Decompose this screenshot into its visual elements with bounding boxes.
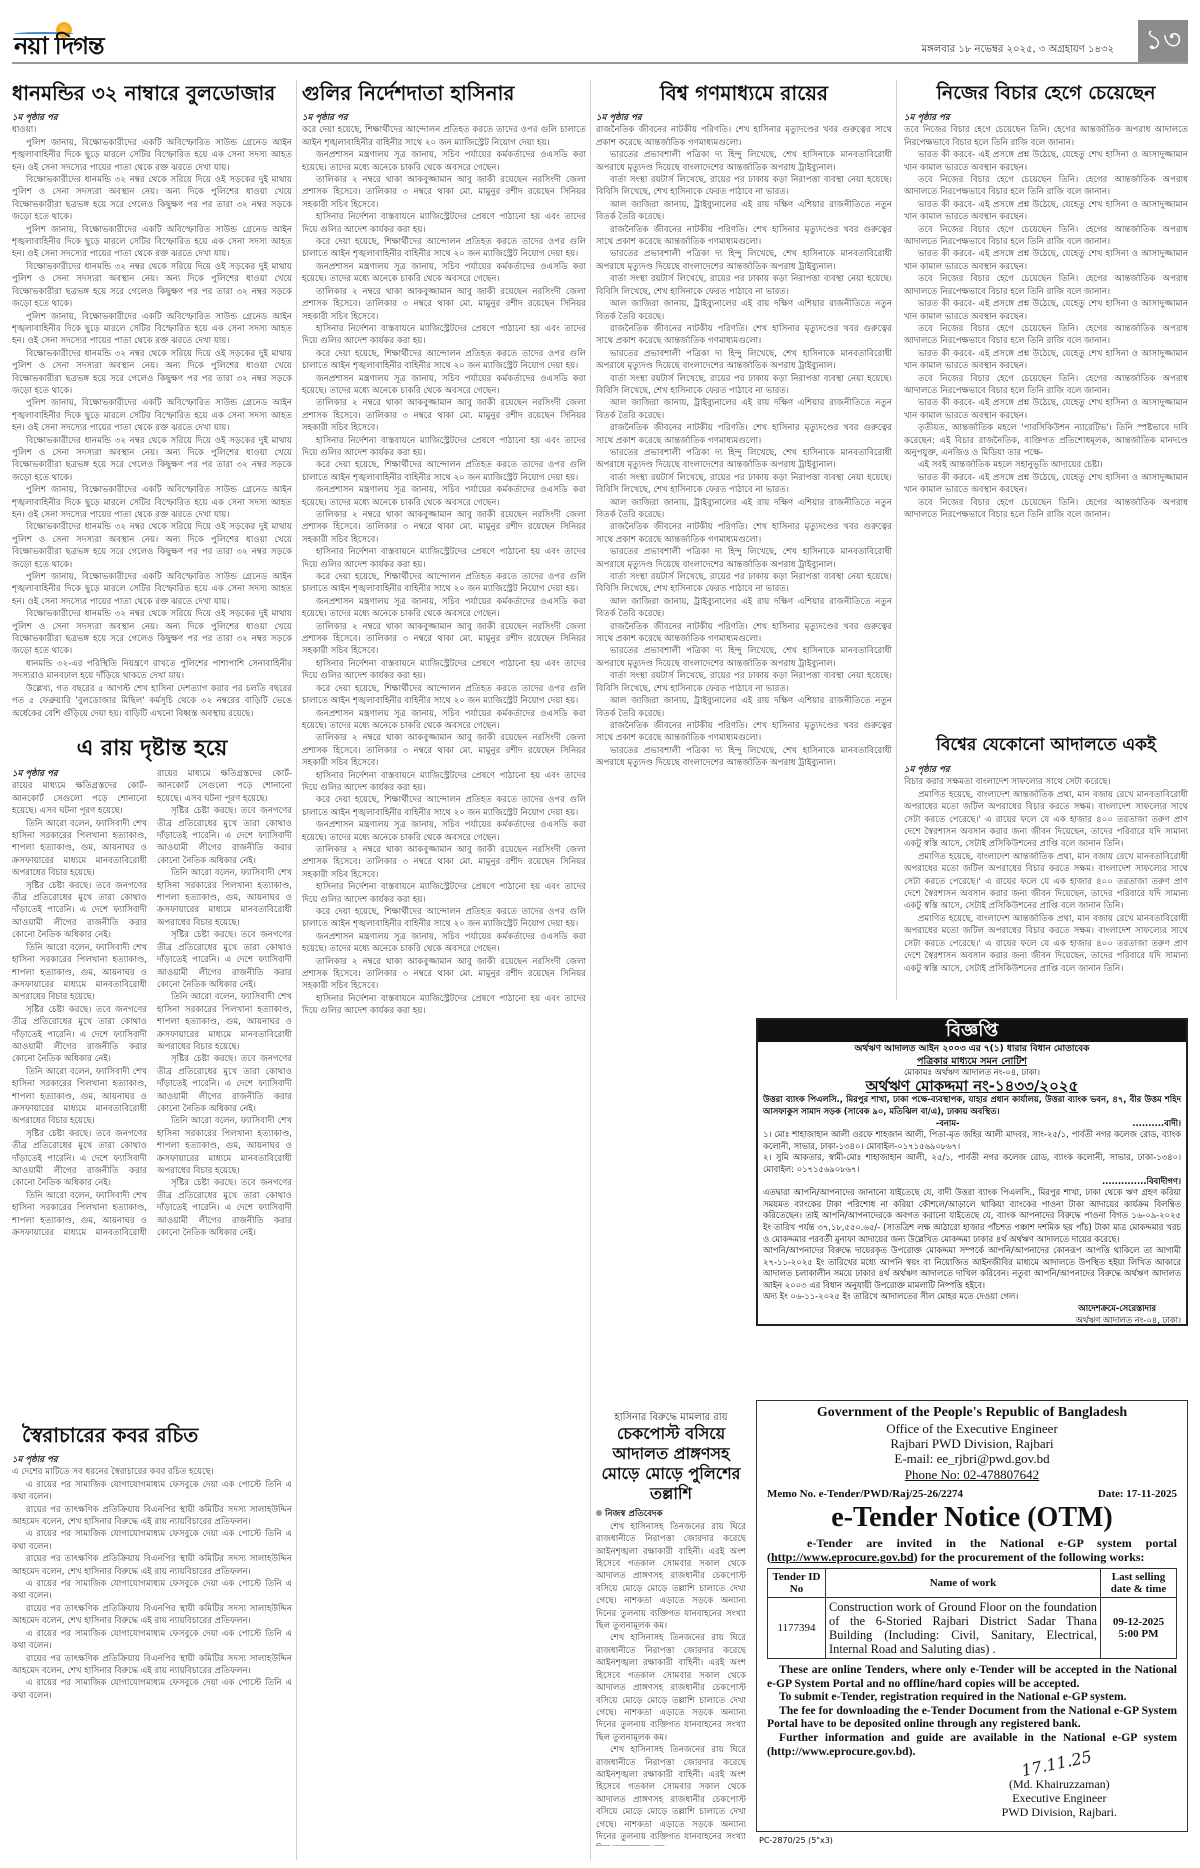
paragraph: সৃষ্টির চেষ্টা করছে। তবে জনগণের তীব্র প্…	[12, 1128, 147, 1190]
paragraph: করে দেয়া হয়েছে, শিক্ষার্থীদের আন্দোলন …	[302, 459, 586, 484]
paragraph: করে দেয়া হয়েছে, শিক্ষার্থীদের আন্দোলন …	[302, 906, 586, 931]
paragraph: হাসিনার নির্দেশনা বাস্তবায়নে ম্যাজিস্ট্…	[302, 993, 586, 1018]
defendant-1: ১। মোঃ শাহাজাহান আলী ওরফে শাহজান আলী, পি…	[758, 1129, 1186, 1152]
paragraph: ভারত কী করবে- এই প্রসঙ্গে প্রশ্ন উঠেছে, …	[904, 149, 1188, 174]
paragraph: বার্তা সংস্থা রয়টার্স লিখেছে, রায়ের পর…	[596, 273, 892, 298]
paragraph: করে দেয়া হয়েছে, শিক্ষার্থীদের আন্দোলন …	[302, 236, 586, 261]
paragraph: তালিকার ২ নম্বরে থাকা আকবুজ্জামান আবু জা…	[302, 286, 586, 323]
plaintiff-tag: ..........বাদী।	[1132, 1118, 1181, 1130]
paragraph: রাজনৈতিক জীবনের নাটকীয় পরিণতি। শেখ হাসি…	[596, 224, 892, 249]
col-header-name-of-work: Name of work	[826, 1569, 1101, 1598]
paragraph: শেখ হাসিনাসহ তিনজনের রায় ঘিরে রাজধানীতে…	[596, 1744, 746, 1846]
pc-code: PC-2870/25 (5"x3)	[759, 1836, 833, 1845]
paragraph: হাসিনার নির্দেশনা বাস্তবায়নে ম্যাজিস্ট্…	[302, 435, 586, 460]
paragraph: ভারতের প্রভাবশালী পত্রিকা দ্য হিন্দু লিখ…	[596, 645, 892, 670]
paragraph: তিনি আরো বলেন, ফ্যাসিবাদী শেখ হাসিনা সরক…	[157, 991, 292, 1053]
headline[interactable]: নিজের বিচার হেগে চেয়েছেন	[904, 80, 1188, 106]
masthead: নয়া দিগন্ত মঙ্গলবার ১৮ নভেম্বর ২০২৫, ৩ …	[12, 0, 1188, 64]
paragraph: সৃষ্টির চেষ্টা করছে। তবে জনগণের তীব্র প্…	[12, 880, 147, 942]
jump-label: ১ম পৃষ্ঠার পর	[12, 112, 292, 124]
tender-terms: These are online Tenders, where only e-T…	[767, 1663, 1177, 1758]
byline: নিজস্ব প্রতিবেদক	[596, 1508, 746, 1520]
article-any-court: বিশ্বের যেকোনো আদালতে একই ১ম পৃষ্ঠার পর …	[904, 732, 1188, 1012]
column-divider	[896, 80, 897, 1000]
paragraph: করে দেয়া হয়েছে, শিক্ষার্থীদের আন্দোলন …	[302, 683, 586, 708]
paragraph: তিনি আরো বলেন, ফ্যাসিবাদী শেখ হাসিনা সরক…	[157, 1115, 292, 1177]
paragraph: আল জাজিরা জানায়, ট্রাইব্যুনালের এই রায়…	[596, 695, 892, 720]
paragraph: বার্তা সংস্থা রয়টার্স লিখেছে, রায়ের পর…	[596, 472, 892, 497]
paragraph: সৃষ্টির চেষ্টা করছে। তবে জনগণের তীব্র প্…	[157, 929, 292, 991]
dateline: মঙ্গলবার ১৮ নভেম্বর ২০২৫, ৩ অগ্রহায়ণ ১৪…	[922, 42, 1114, 59]
paragraph: ভারতের প্রভাবশালী পত্রিকা দ্য হিন্দু লিখ…	[596, 745, 892, 770]
paragraph: তবে নিজের বিচার হেগে চেয়েছেন তিনি। হেগে…	[904, 497, 1188, 522]
term: Further information and guide are availa…	[767, 1731, 1177, 1758]
headline[interactable]: বিশ্ব গণমাধ্যমে রায়ের	[596, 80, 892, 106]
paragraph: ধানমন্ডি ৩২-এর পরিস্থিতি নিয়ন্ত্রণে রাখ…	[12, 658, 292, 683]
signatory-block: (Md. Khairuzzaman) Executive Engineer PW…	[1002, 1777, 1117, 1819]
paragraph: পুলিশ জানায়, বিক্ষোভকারীদের একটি অবিস্ফ…	[12, 137, 292, 174]
paragraph: বার্তা সংস্থা রয়টার্স লিখেছে, রায়ের পর…	[596, 571, 892, 596]
paragraph: আল জাজিরা জানায়, ট্রাইব্যুনালের এই রায়…	[596, 199, 892, 224]
headline[interactable]: বিশ্বের যেকোনো আদালতে একই	[904, 732, 1188, 758]
paragraph: তবে নিজের বিচার হেগে চেয়েছেন তিনি। হেগে…	[904, 124, 1188, 149]
paragraph: করে দেয়া হয়েছে, শিক্ষার্থীদের আন্দোলন …	[302, 571, 586, 596]
paragraph: রাজনৈতিক জীবনের নাটকীয় পরিণতি। শেখ হাসি…	[596, 720, 892, 745]
paragraph: হাসিনার নির্দেশনা বাস্তবায়নে ম্যাজিস্ট্…	[302, 323, 586, 348]
paragraph: ধাওয়া।	[12, 124, 292, 136]
paragraph: জনপ্রশাসন মন্ত্রণালয় সূত্র জানায়, সচিব…	[302, 484, 586, 509]
paragraph: তবে নিজের বিচার হেগে চেয়েছেন তিনি। হেগে…	[904, 373, 1188, 398]
paragraph: বিচার করার সক্ষমতা বাংলাদেশ সাফল্যের সাথ…	[904, 776, 1188, 788]
office-name: Office of the Executive Engineer	[767, 1421, 1177, 1436]
division-name: Rajbari PWD Division, Rajbari	[767, 1436, 1177, 1451]
case-number: অর্থঋণ মোকদ্দমা নং-১৪৩৩/২০২৫	[758, 1081, 1186, 1093]
paragraph: রাজনৈতিক জীবনের নাটকীয় পরিণতি। শেখ হাসি…	[596, 124, 892, 149]
paragraph: উল্লেখ্য, গত বছরের ৫ আগস্ট শেখ হাসিনা দে…	[12, 683, 292, 720]
col-header-tender-id: Tender ID No	[768, 1569, 826, 1598]
paragraph: এ রায়ের পর সামাজিক যোগাযোগমাধ্যম ফেসবুক…	[12, 1479, 292, 1504]
paragraph: করে দেয়া হয়েছে, শিক্ষার্থীদের আন্দোলন …	[302, 124, 586, 149]
paragraph: তালিকার ২ নম্বরে থাকা আকবুজ্জামান আবু জা…	[302, 844, 586, 881]
article-example-verdict: এ রায় দৃষ্টান্ত হয়ে ১ম পৃষ্ঠার পর রায়…	[12, 736, 292, 1236]
paragraph: তিনি আরো বলেন, ফ্যাসিবাদী শেখ হাসিনা সরক…	[12, 942, 147, 1004]
paragraph: তালিকার ২ নম্বরে থাকা আকবুজ্জামান আবু জা…	[302, 174, 586, 211]
paragraph: হাসিনার নির্দেশনা বাস্তবায়নে ম্যাজিস্ট্…	[302, 881, 586, 906]
paragraph: তালিকার ২ নম্বরে থাকা আকবুজ্জামান আবু জা…	[302, 732, 586, 769]
paragraph: জনপ্রশাসন মন্ত্রণালয় সূত্র জানায়, সচিব…	[302, 261, 586, 286]
notice-law-line: অর্থঋণ আদালত আইন ২০০৩ এর ৭(১) ধারার বিধা…	[758, 1044, 1186, 1056]
paragraph: আল জাজিরা জানায়, ট্রাইব্যুনালের এই রায়…	[596, 497, 892, 522]
jump-label: ১ম পৃষ্ঠার পর	[302, 112, 586, 124]
paragraph: হাসিনার নির্দেশনা বাস্তবায়নে ম্যাজিস্ট্…	[302, 770, 586, 795]
paragraph: তবে নিজের বিচার হেগে চেয়েছেন তিনি। হেগে…	[904, 323, 1188, 348]
paragraph: বিক্ষোভকারীদের ধানমন্ডি ৩২ নম্বর থেকে সর…	[12, 348, 292, 398]
paragraph: ভারত কী করবে- এই প্রসঙ্গে প্রশ্ন উঠেছে, …	[904, 348, 1188, 373]
paragraph: এ রায়ের পর সামাজিক যোগাযোগমাধ্যম ফেসবুক…	[12, 1628, 292, 1653]
paragraph: পুলিশ জানায়, বিক্ষোভকারীদের একটি অবিস্ফ…	[12, 484, 292, 521]
jump-label: ১ম পৃষ্ঠার পর	[904, 764, 1188, 776]
paragraph: এ দেশের মাটিতে সব ধরনের স্বৈরাচারের কবর …	[12, 1466, 292, 1478]
paragraph: তালিকার ২ নম্বরে থাকা আকবুজ্জামান আবু জা…	[302, 509, 586, 546]
paragraph: তিনি আরো বলেন, ফ্যাসিবাদী শেখ হাসিনা সরক…	[12, 818, 147, 880]
paragraph: করে দেয়া হয়েছে, শিক্ষার্থীদের আন্দোলন …	[302, 348, 586, 373]
paragraph: বার্তা সংস্থা রয়টার্স লিখেছে, রায়ের পর…	[596, 373, 892, 398]
paragraph: জনপ্রশাসন মন্ত্রণালয় সূত্র জানায়, সচিব…	[302, 819, 586, 844]
plaintiff: উত্তরা ব্যাংক পিএলসি., মিরপুর শাখা, ঢাকা…	[758, 1094, 1186, 1117]
article-checkpost: হাসিনার বিরুদ্ধে মামলার রায় চেকপোস্ট বস…	[596, 1406, 746, 1846]
paragraph: সৃষ্টির চেষ্টা করছে। তবে জনগণের তীব্র প্…	[157, 1177, 292, 1236]
bullet-icon	[596, 1510, 602, 1516]
paragraph: ভারত কী করবে- এই প্রসঙ্গে প্রশ্ন উঠেছে, …	[904, 199, 1188, 224]
signatory: আদেশক্রমে-সেরেস্তাদার	[758, 1303, 1186, 1315]
paragraph: প্রমাণিত হয়েছে, বাংলাদেশ আন্তর্জাতিক প্…	[904, 789, 1188, 851]
jump-label: ১ম পৃষ্ঠার পর	[904, 112, 1188, 124]
headline[interactable]: ধানমন্ডির ৩২ নাম্বারে বুলডোজার	[12, 80, 292, 106]
article-own-trial: নিজের বিচার হেগে চেয়েছেন ১ম পৃষ্ঠার পর …	[904, 80, 1188, 720]
versus-row: -বনাম- ..........বাদী।	[758, 1118, 1186, 1130]
tender-intro: e-Tender are invited in the National e-G…	[767, 1536, 1177, 1564]
email[interactable]: E-mail: ee_rjbri@pwd.gov.bd	[767, 1451, 1177, 1466]
term: The fee for downloading the e-Tender Doc…	[767, 1704, 1177, 1731]
signatory-court: অর্থঋণ আদালত নং-০৪, ঢাকা।	[758, 1315, 1186, 1327]
paragraph: তিনি আরো বলেন, ফ্যাসিবাদী শেখ হাসিনা সরক…	[157, 867, 292, 929]
jump-label: ১ম পৃষ্ঠার পর	[12, 1454, 292, 1466]
newspaper-logo[interactable]: নয়া দিগন্ত	[14, 22, 104, 58]
paragraph: বিক্ষোভকারীদের ধানমন্ডি ৩২ নম্বর থেকে সর…	[12, 435, 292, 485]
paragraph: ভারত কী করবে- এই প্রসঙ্গে প্রশ্ন উঠেছে, …	[904, 397, 1188, 422]
jump-label: ১ম পৃষ্ঠার পর	[12, 768, 147, 780]
paragraph: ভারতের প্রভাবশালী পত্রিকা দ্য হিন্দু লিখ…	[596, 447, 892, 472]
paragraph: সৃষ্টির চেষ্টা করছে। তবে জনগণের তীব্র প্…	[12, 1004, 147, 1066]
e-tender-notice-ad: Government of the People's Republic of B…	[756, 1400, 1188, 1832]
paragraph: তালিকার ২ নম্বরে থাকা আকবুজ্জামান আবু জা…	[302, 956, 586, 993]
seal-line: অদ্য ইং ০৬-১১-২০২৫ ইং তারিখে আদালতের সীল…	[758, 1291, 1186, 1303]
paragraph: শেখ হাসিনাসহ তিনজনের রায় ঘিরে রাজধানীতে…	[596, 1632, 746, 1744]
paragraph: এ রায়ের পর সামাজিক যোগাযোগমাধ্যম ফেসবুক…	[12, 1578, 292, 1603]
memo-number: Memo No. e-Tender/PWD/Raj/25-26/2274	[767, 1488, 963, 1500]
paragraph: তবে নিজের বিচার হেগে চেয়েছেন তিনি। হেগে…	[904, 174, 1188, 199]
paragraph: এ রায়ের পর সামাজিক যোগাযোগমাধ্যম ফেসবুক…	[12, 1677, 292, 1702]
defendant-tag: ..............বিবাদীগণ।	[758, 1176, 1186, 1188]
paragraph: প্রমাণিত হয়েছে, বাংলাদেশ আন্তর্জাতিক প্…	[904, 913, 1188, 975]
paragraph: রায়ের পর তাৎক্ষণিক প্রতিক্রিয়ায় বিএনপ…	[12, 1603, 292, 1628]
paragraph: বিক্ষোভকারীদের ধানমন্ডি ৩২ নম্বর থেকে সর…	[12, 608, 292, 658]
paragraph: শেখ হাসিনাসহ তিনজনের রায় ঘিরে রাজধানীতে…	[596, 1521, 746, 1633]
notice-body-1: এতদ্বারা আপনি/আপনাদের জানানো যাইতেছে যে,…	[758, 1187, 1186, 1245]
paragraph: রাজনৈতিক জীবনের নাটকীয় পরিণতি। শেখ হাসি…	[596, 422, 892, 447]
paragraph: এই সবই আন্তর্জাতিক মহলে সহানুভূতি আদায়ে…	[904, 459, 1188, 471]
paragraph: বিক্ষোভকারীদের ধানমন্ডি ৩২ নম্বর থেকে সর…	[12, 261, 292, 311]
paragraph: তৃতীয়ত, আন্তর্জাতিক মহলে 'পারসিকিউশন ন্…	[904, 422, 1188, 459]
paragraph: তিনি আরো বলেন, ফ্যাসিবাদী শেখ হাসিনা সরক…	[12, 1190, 147, 1236]
paragraph: ভারতের প্রভাবশালী পত্রিকা দ্য হিন্দু লিখ…	[596, 149, 892, 174]
memo-date: Date: 17-11-2025	[1098, 1488, 1177, 1500]
paragraph: রাজনৈতিক জীবনের নাটকীয় পরিণতি। শেখ হাসি…	[596, 521, 892, 546]
versus-label: -বনাম-	[936, 1118, 960, 1130]
paragraph: পুলিশ জানায়, বিক্ষোভকারীদের একটি অবিস্ফ…	[12, 397, 292, 434]
term: To submit e-Tender, registration require…	[767, 1690, 1177, 1704]
paragraph: রায়ের পর তাৎক্ষণিক প্রতিক্রিয়ায় বিএনপ…	[12, 1653, 292, 1678]
paragraph: প্রমাণিত হয়েছে, বাংলাদেশ আন্তর্জাতিক প্…	[904, 851, 1188, 913]
tender-table: Tender ID No Name of work Last selling d…	[767, 1568, 1177, 1659]
paragraph: ভারত কী করবে- এই প্রসঙ্গে প্রশ্ন উঠেছে, …	[904, 248, 1188, 273]
defendant-2: ২। সুমি আকতার, স্বামী-মোঃ শাহাজাহান আলী,…	[758, 1152, 1186, 1175]
tender-id: 1177394	[768, 1598, 826, 1659]
paragraph: আল জাজিরা জানায়, ট্রাইব্যুনালের এই রায়…	[596, 298, 892, 323]
paragraph: তালিকার ২ নম্বরে থাকা আকবুজ্জামান আবু জা…	[302, 621, 586, 658]
paragraph: রায়ের পর তাৎক্ষণিক প্রতিক্রিয়ায় বিএনপ…	[12, 1553, 292, 1578]
headline[interactable]: গুলির নির্দেশদাতা হাসিনার	[302, 80, 586, 106]
paragraph: তবে নিজের বিচার হেগে চেয়েছেন তিনি। হেগে…	[904, 273, 1188, 298]
checkpost-headline-block: হাসিনার বিরুদ্ধে মামলার রায় চেকপোস্ট বস…	[596, 1412, 746, 1504]
summon-title: পত্রিকার মাধ্যমে সমন নোটিশ	[917, 1056, 1027, 1067]
headline[interactable]: এ রায় দৃষ্টান্ত হয়ে	[12, 736, 292, 762]
notice-body-2: আপনি/আপনাদের বিরুদ্ধে দায়েরকৃত উপরোক্ত …	[758, 1245, 1186, 1291]
paragraph: সৃষ্টির চেষ্টা করছে। তবে জনগণের তীব্র প্…	[157, 805, 292, 867]
paragraph: জনপ্রশাসন মন্ত্রণালয় সূত্র জানায়, সচিব…	[302, 931, 586, 956]
legal-notice-ad: বিজ্ঞপ্তি অর্থঋণ আদালত আইন ২০০৩ এর ৭(১) …	[756, 1018, 1188, 1326]
paragraph: জনপ্রশাসন মন্ত্রণালয় সূত্র জানায়, সচিব…	[302, 373, 586, 398]
phone[interactable]: Phone No: 02-478807642	[905, 1467, 1039, 1482]
paragraph: তালিকার ২ নম্বরে থাকা আকবুজ্জামান আবু জা…	[302, 397, 586, 434]
paragraph: ভারতের প্রভাবশালী পত্রিকা দ্য হিন্দু লিখ…	[596, 546, 892, 571]
memo-row: Memo No. e-Tender/PWD/Raj/25-26/2274 Dat…	[767, 1488, 1177, 1500]
paragraph: জনপ্রশাসন মন্ত্রণালয় সূত্র জানায়, সচিব…	[302, 149, 586, 174]
paragraph: বিক্ষোভকারীদের ধানমন্ডি ৩২ নম্বর থেকে সর…	[12, 521, 292, 571]
paragraph: রাজনৈতিক জীবনের নাটকীয় পরিণতি। শেখ হাসি…	[596, 323, 892, 348]
paragraph: রাজনৈতিক জীবনের নাটকীয় পরিণতি। শেখ হাসি…	[596, 621, 892, 646]
last-selling-datetime: 09-12-2025 5:00 PM	[1101, 1598, 1177, 1659]
paragraph: রায়ের মাধ্যমে ক্ষতিগ্রস্তদের কোর্ট-আনকো…	[157, 768, 292, 805]
article-bulldozer: ধানমন্ডির ৩২ নাম্বারে বুলডোজার ১ম পৃষ্ঠা…	[12, 80, 292, 730]
paragraph: পুলিশ জানায়, বিক্ষোভকারীদের একটি অবিস্ফ…	[12, 224, 292, 261]
paragraph: সৃষ্টির চেষ্টা করছে। তবে জনগণের তীব্র প্…	[157, 1053, 292, 1115]
paragraph: করে দেয়া হয়েছে, শিক্ষার্থীদের আন্দোলন …	[302, 794, 586, 819]
paragraph: পুলিশ জানায়, বিক্ষোভকারীদের একটি অবিস্ফ…	[12, 571, 292, 608]
paragraph: আল জাজিরা জানায়, ট্রাইব্যুনালের এই রায়…	[596, 596, 892, 621]
paragraph: রায়ের মাধ্যমে ক্ষতিগ্রস্তদের কোর্ট-আনকো…	[12, 780, 147, 817]
paragraph: ভারত কী করবে- এই প্রসঙ্গে প্রশ্ন উঠেছে, …	[904, 472, 1188, 497]
work-name: Construction work of Ground Floor on the…	[826, 1598, 1101, 1659]
page-number-badge: ১৩	[1138, 20, 1188, 62]
paragraph: হাসিনার নির্দেশনা বাস্তবায়নে ম্যাজিস্ট্…	[302, 658, 586, 683]
paragraph: বিক্ষোভকারীদের ধানমন্ডি ৩২ নম্বর থেকে সর…	[12, 174, 292, 224]
paragraph: হাসিনার নির্দেশনা বাস্তবায়নে ম্যাজিস্ট্…	[302, 546, 586, 571]
paragraph: জনপ্রশাসন মন্ত্রণালয় সূত্র জানায়, সচিব…	[302, 596, 586, 621]
paragraph: এ রায়ের পর সামাজিক যোগাযোগমাধ্যম ফেসবুক…	[12, 1528, 292, 1553]
col-header-last-selling: Last selling date & time	[1101, 1569, 1177, 1598]
paragraph: ভারতের প্রভাবশালী পত্রিকা দ্য হিন্দু লিখ…	[596, 348, 892, 373]
paragraph: ভারত কী করবে- এই প্রসঙ্গে প্রশ্ন উঠেছে, …	[904, 298, 1188, 323]
tender-title: e-Tender Notice (OTM)	[767, 1502, 1177, 1534]
government-name: Government of the People's Republic of B…	[767, 1405, 1177, 1421]
paragraph: জনপ্রশাসন মন্ত্রণালয় সূত্র জানায়, সচিব…	[302, 708, 586, 733]
paragraph: আল জাজিরা জানায়, ট্রাইব্যুনালের এই রায়…	[596, 397, 892, 422]
paragraph: বার্তা সংস্থা রয়টার্স লিখেছে, রায়ের পর…	[596, 670, 892, 695]
kicker: হাসিনার বিরুদ্ধে মামলার রায়	[596, 1412, 746, 1424]
paragraph: হাসিনার নির্দেশনা বাস্তবায়নে ম্যাজিস্ট্…	[302, 211, 586, 236]
paragraph: তবে নিজের বিচার হেগে চেয়েছেন তিনি। হেগে…	[904, 224, 1188, 249]
logo-text: নয়া দিগন্ত	[14, 28, 104, 68]
paragraph: বার্তা সংস্থা রয়টার্স লিখেছে, রায়ের পর…	[596, 174, 892, 199]
eprocure-link[interactable]: http://www.eprocure.gov.bd	[771, 1550, 914, 1564]
article-shooting-order: গুলির নির্দেশদাতা হাসিনার ১ম পৃষ্ঠার পর …	[302, 80, 586, 1860]
term: These are online Tenders, where only e-T…	[767, 1663, 1177, 1690]
paragraph: ভারতের প্রভাবশালী পত্রিকা দ্য হিন্দু লিখ…	[596, 248, 892, 273]
table-row: 1177394 Construction work of Ground Floo…	[768, 1598, 1177, 1659]
column-divider	[590, 80, 591, 1860]
paragraph: পুলিশ জানায়, বিক্ষোভকারীদের একটি অবিস্ফ…	[12, 311, 292, 348]
paragraph: রায়ের পর তাৎক্ষণিক প্রতিক্রিয়ায় বিএনপ…	[12, 1504, 292, 1529]
headline[interactable]: চেকপোস্ট বসিয়ে আদালত প্রাঙ্গণসহ মোড়ে ম…	[596, 1424, 746, 1504]
notice-title: বিজ্ঞপ্তি	[758, 1020, 1186, 1042]
paragraph: তিনি আরো বলেন, ফ্যাসিবাদী শেখ হাসিনা সরক…	[12, 1066, 147, 1128]
jump-label: ১ম পৃষ্ঠার পর	[596, 112, 892, 124]
